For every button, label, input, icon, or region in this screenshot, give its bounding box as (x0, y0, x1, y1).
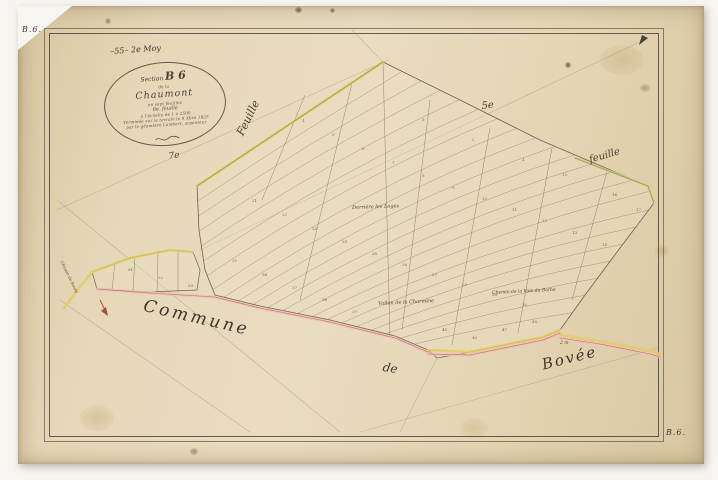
svg-text:16: 16 (612, 192, 618, 197)
svg-text:23: 23 (312, 226, 318, 231)
red-arrow-mark (100, 300, 108, 316)
svg-text:47: 47 (502, 327, 508, 332)
svg-text:22: 22 (282, 212, 288, 217)
svg-text:28: 28 (462, 282, 468, 287)
svg-text:25: 25 (372, 251, 378, 256)
svg-text:17: 17 (636, 207, 642, 212)
svg-text:53: 53 (188, 283, 194, 288)
svg-text:35: 35 (232, 258, 238, 263)
svg-text:37: 37 (292, 285, 298, 290)
svg-text:14: 14 (602, 242, 608, 247)
svg-text:52: 52 (158, 275, 164, 280)
svg-text:30: 30 (522, 302, 528, 307)
adjacent-sheet-7-label: 7e (168, 150, 180, 161)
small-mark-2m: 2 m (560, 341, 569, 346)
section-word: Section (140, 75, 163, 84)
svg-text:15: 15 (562, 172, 568, 177)
section-ref: B 6 (165, 68, 187, 82)
svg-text:12: 12 (542, 218, 548, 223)
svg-text:39: 39 (352, 309, 358, 314)
de-word: de (382, 360, 399, 376)
svg-text:27: 27 (432, 272, 438, 277)
scanned-cadastral-sheet: B.6. B.6. 456789101112131421222324252627… (0, 0, 718, 480)
svg-text:26: 26 (402, 262, 408, 267)
title-cartouche: Section B 6 de la Chaumont en sept feuil… (101, 58, 229, 150)
svg-text:10: 10 (482, 196, 488, 201)
svg-text:24: 24 (342, 239, 348, 244)
signature-flourish (154, 135, 180, 143)
svg-text:45: 45 (442, 327, 448, 332)
svg-text:21: 21 (252, 198, 257, 203)
svg-text:38: 38 (322, 297, 328, 302)
svg-text:36: 36 (262, 272, 268, 277)
svg-text:1: 1 (522, 157, 525, 162)
svg-text:11: 11 (512, 207, 517, 212)
svg-text:48: 48 (532, 319, 538, 324)
svg-text:46: 46 (472, 335, 478, 340)
adjacent-sheet-5-label: 5e (481, 100, 494, 112)
svg-text:13: 13 (572, 230, 578, 235)
svg-text:51: 51 (128, 267, 133, 272)
